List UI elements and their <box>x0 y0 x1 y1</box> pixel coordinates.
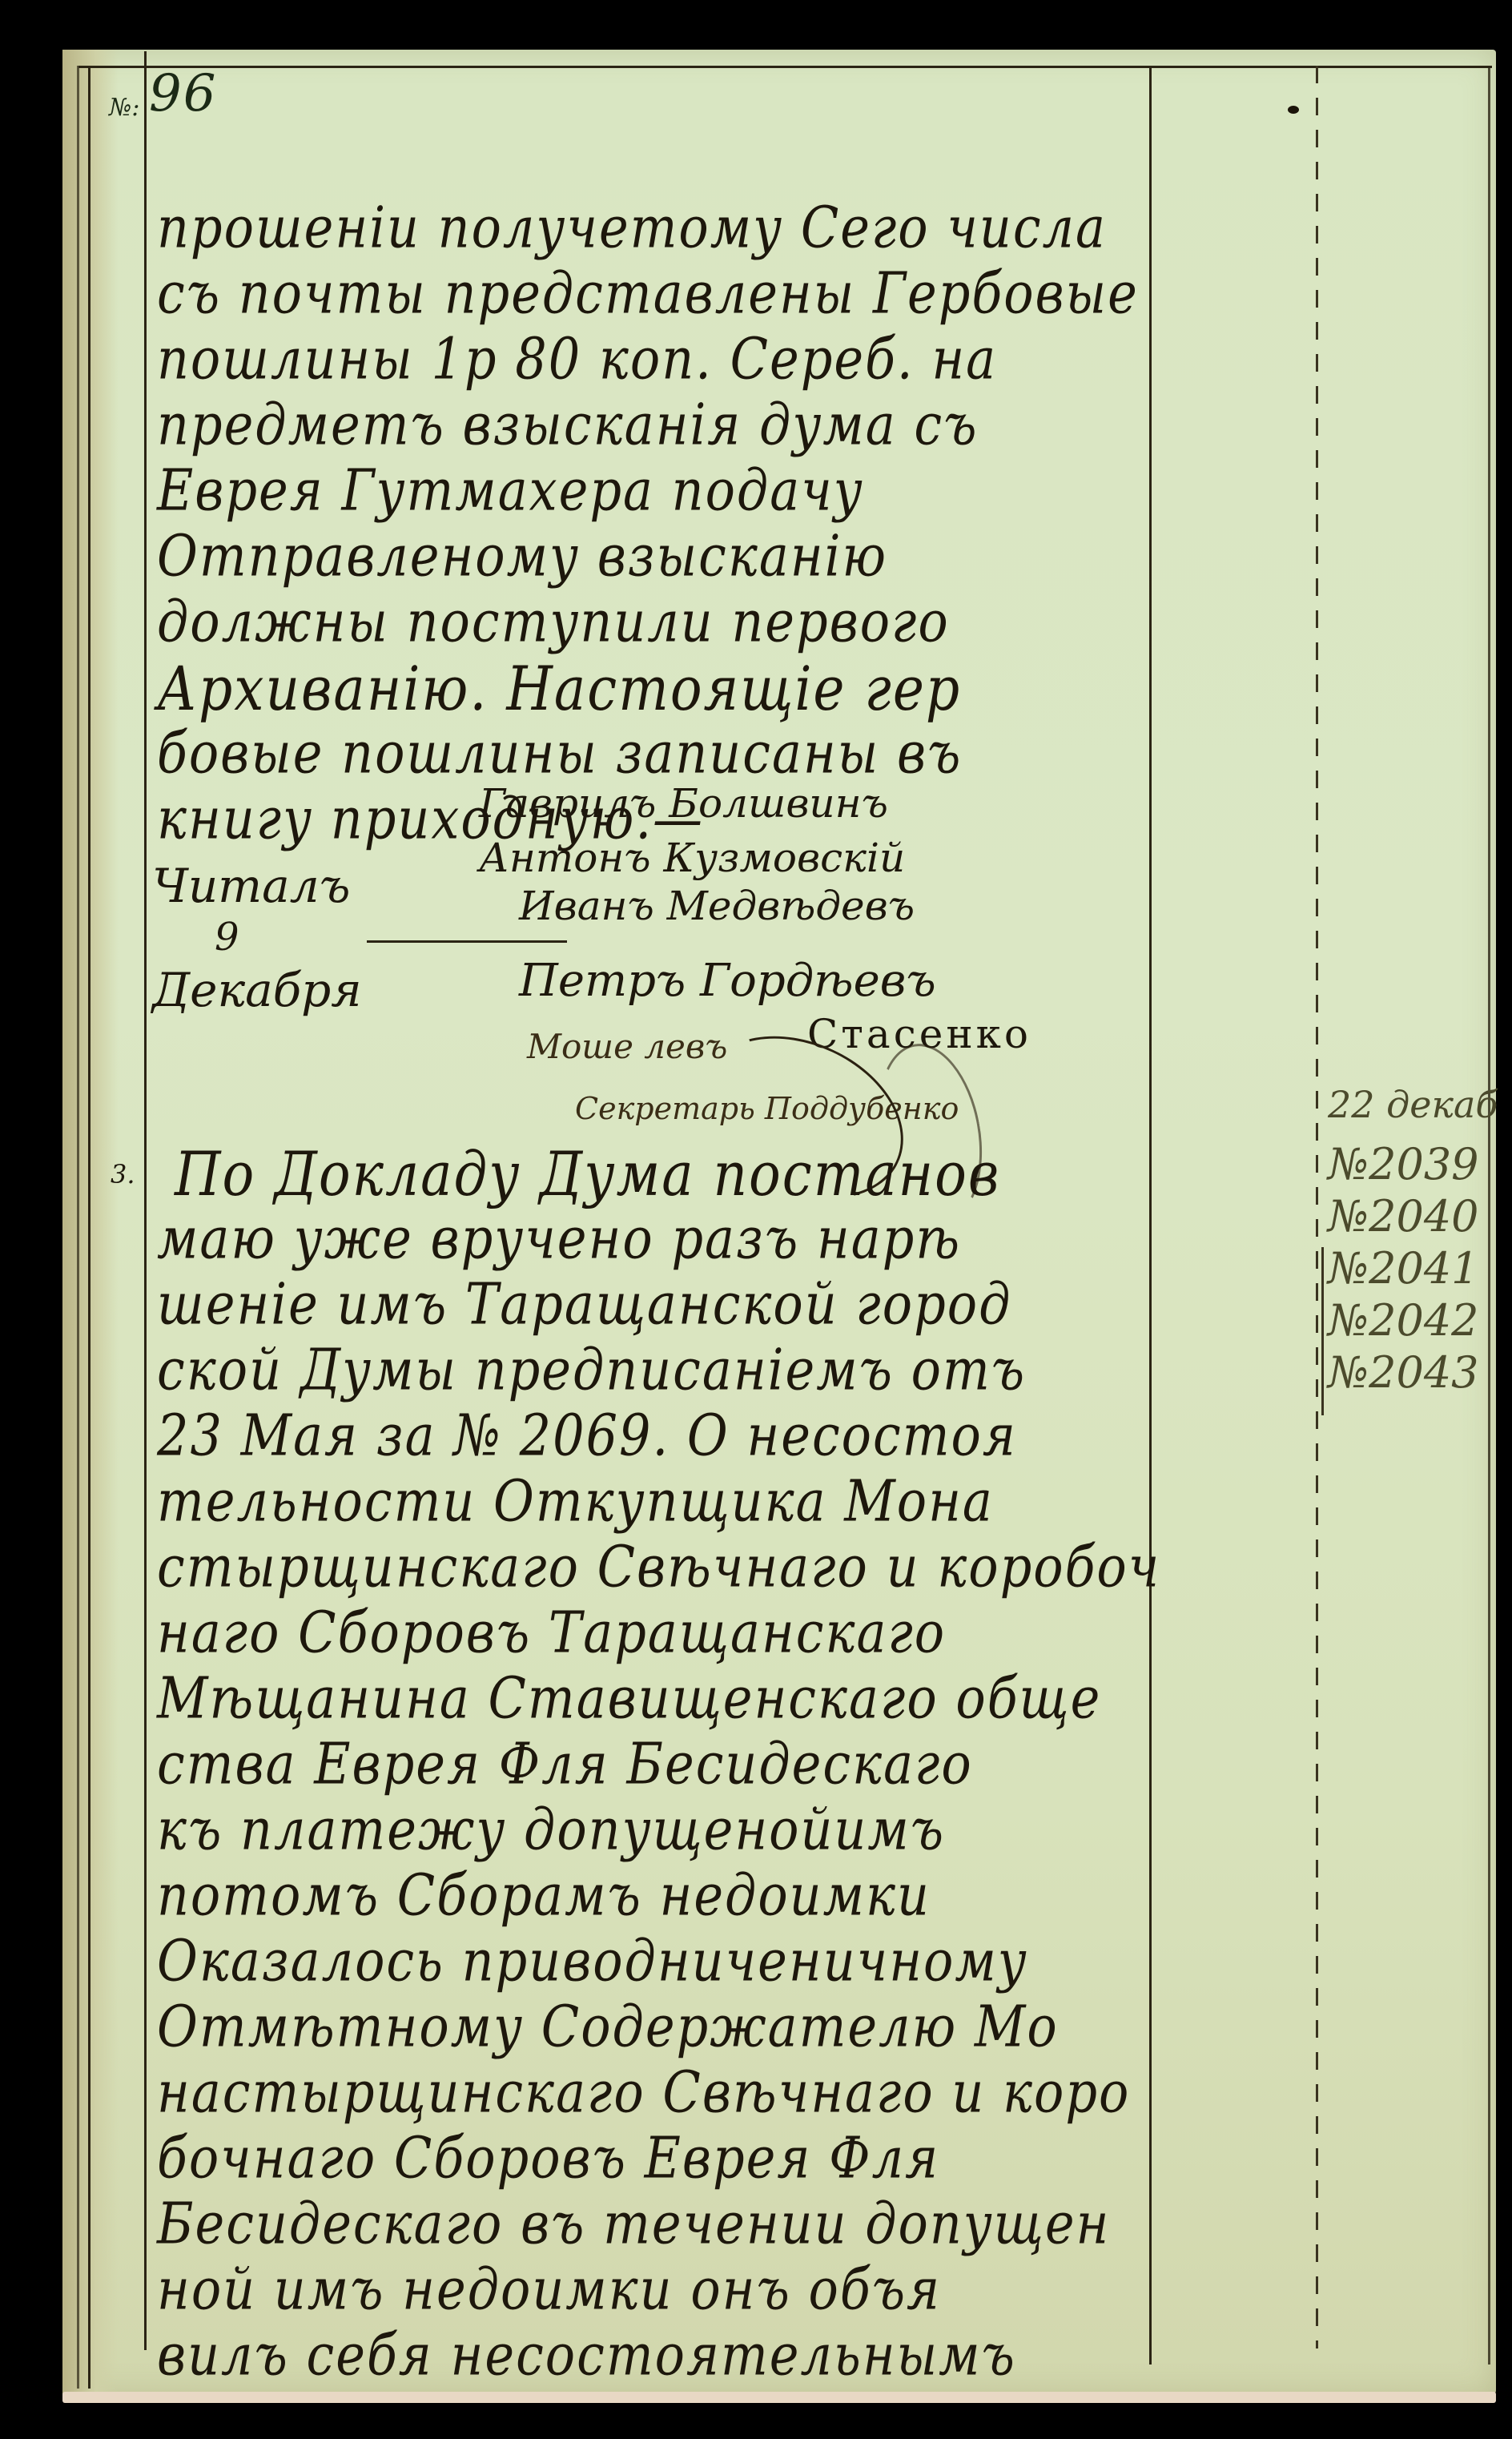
top-rule <box>78 66 1492 68</box>
page-number: 96 <box>149 64 217 123</box>
ledger-page: №: 96 прошеніи получетому Сего числа съ … <box>62 50 1496 2397</box>
text-line: Мѣщанина Ставищенскаго обще <box>157 1664 1101 1732</box>
text-line: Бесидескаго въ течении допущен <box>157 2190 1110 2257</box>
margin-date-read: Читалъ <box>152 859 350 913</box>
ink-spot <box>1288 106 1299 114</box>
signature-1: Гаврилъ Болшвинъ <box>479 780 888 827</box>
outer-margin-line-2 <box>88 66 90 2389</box>
register-number: №2040 <box>1328 1191 1479 1242</box>
register-number: №2039 <box>1328 1139 1479 1189</box>
text-line: ской Думы предписаніемъ отъ <box>157 1336 1026 1403</box>
outer-margin-line-1 <box>77 66 79 2389</box>
text-line: Отмѣтному Содержателю Мо <box>157 1993 1059 2060</box>
text-line: ной имъ недоимки онъ объя <box>157 2256 941 2323</box>
register-number: №2043 <box>1328 1347 1479 1398</box>
text-line: наго Сборовъ Таращанскаго <box>157 1599 946 1666</box>
margin-date-month: Декабря <box>152 963 362 1017</box>
text-line: бочнаго Сборовъ Еврея Фля <box>157 2124 939 2191</box>
page-binding-edge <box>62 50 119 2397</box>
text-line: прошеніи получетому Сего числа <box>157 194 1107 261</box>
main-right-rule <box>1149 66 1152 2365</box>
text-line: 23 Мая за № 2069. О несостоя <box>157 1402 1017 1469</box>
text-line: стырщинскаго Свѣчнаго и коробоч <box>157 1533 1160 1600</box>
text-line: съ почты представлены Гербовые <box>157 260 1139 327</box>
text-line: Архиванію. Настоящіе гер <box>157 654 961 725</box>
text-line: настырщинскаго Свѣчнаго и коро <box>157 2059 1130 2126</box>
secretary-label: Моше левъ <box>527 1027 727 1066</box>
text-line: Еврея Гутмахера подачу <box>157 457 864 524</box>
left-margin-line <box>144 51 147 2350</box>
signature-underline <box>367 940 567 943</box>
text-line: тельности Откупщика Мона <box>157 1467 994 1535</box>
register-number: №2041 <box>1328 1243 1479 1294</box>
text-line: ства Еврея Фля Бесидескаго <box>157 1730 973 1797</box>
text-line: предметъ взысканія дума съ <box>157 391 978 458</box>
register-number: №2042 <box>1328 1295 1479 1346</box>
text-line: къ платежу допущенойимъ <box>157 1796 945 1863</box>
text-line: По Докладу Дума постанов <box>175 1139 1000 1210</box>
margin-date-day: 9 <box>215 915 239 960</box>
text-line: вилъ себя несостоятельнымъ <box>157 2321 1016 2389</box>
entry-number: 3. <box>111 1159 135 1189</box>
signature-4: Петръ Гордѣевъ <box>519 955 936 1007</box>
text-line: бовые пошлины записаны въ <box>157 719 962 787</box>
bracket-line <box>1321 1247 1324 1415</box>
text-line: шеніе имъ Таращанской город <box>157 1270 1011 1338</box>
dashed-column-rule <box>1316 66 1318 2348</box>
text-line: пошлины 1р 80 коп. Сереб. на <box>157 325 997 392</box>
torn-bottom-edge <box>62 2392 1496 2403</box>
right-edge-rule <box>1488 66 1490 2365</box>
signature-2: Антонъ Кузмовскій <box>479 835 905 881</box>
page-number-prefix: №: <box>109 94 140 122</box>
signature-3: Иванъ Медвѣдевъ <box>519 883 915 929</box>
text-line: Оказалось приводниченичному <box>157 1927 1028 1994</box>
text-line: Отправленому взысканію <box>157 522 887 590</box>
text-line: должны поступили первого <box>157 588 950 655</box>
text-line: маю уже вручено разъ нарѣ <box>157 1205 961 1272</box>
text-line: потомъ Сборамъ недоимки <box>157 1861 931 1929</box>
right-column-date: 22 декаб <box>1328 1083 1498 1126</box>
